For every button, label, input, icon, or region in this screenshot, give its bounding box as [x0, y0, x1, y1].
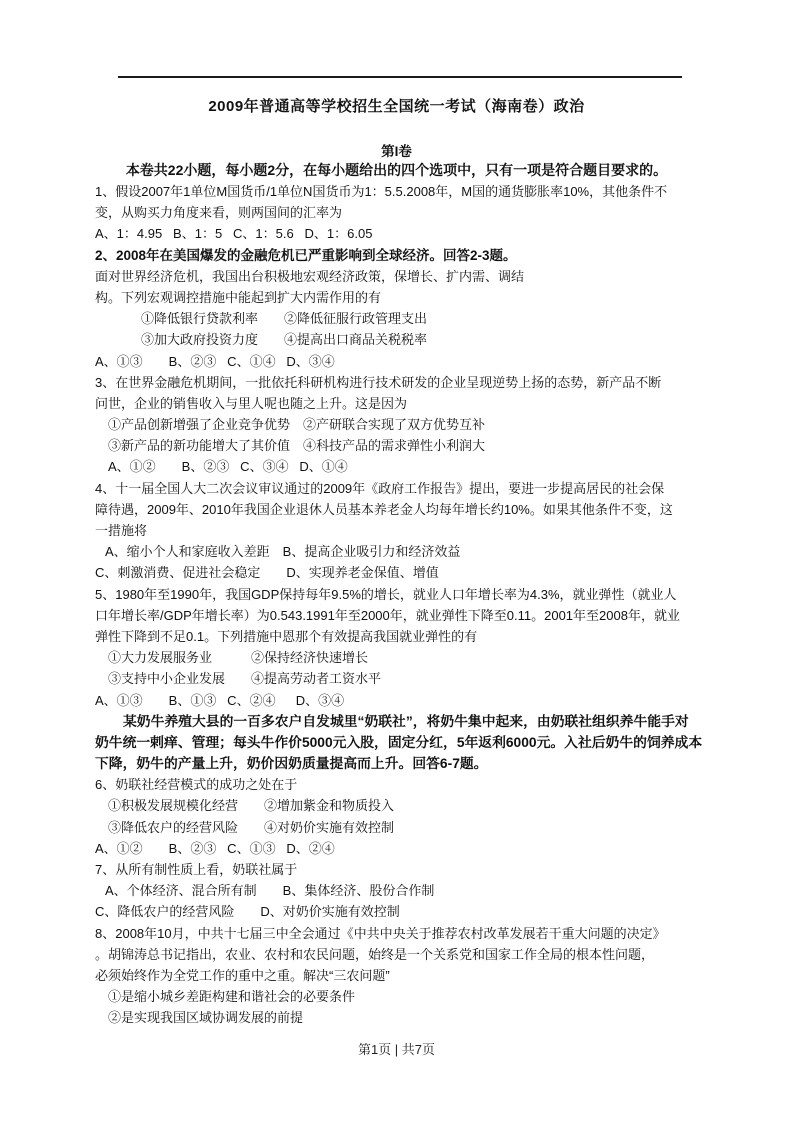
- question-5-subitems-2: ③支持中小企业发展 ④提高劳动者工资水平: [95, 668, 745, 689]
- question-8-subitems-2: ②是实现我国区域协调发展的前提: [95, 1007, 745, 1028]
- question-4-line-2: 障待遇，2009年、2010年我国企业退休人员基本养老金人均每年增长约10%。如…: [95, 499, 745, 520]
- question-8-subitems-1: ①是缩小城乡差距构建和谐社会的必要条件: [95, 986, 745, 1007]
- question-3-line-2: 问世，企业的销售收入与里人呢也随之上升。这是因为: [95, 393, 745, 414]
- question-8-line-2: 。胡锦涛总书记指出，农业、农村和农民问题，始终是一个关系党和国家工作全局的根本性…: [95, 944, 745, 965]
- question-5-options: A、①③ B、①③ C、②④ D、③④: [95, 690, 745, 711]
- question-6-stem: 6、奶联社经营模式的成功之处在于: [95, 774, 745, 795]
- question-6-subitems-2: ③降低农户的经营风险 ④对奶价实施有效控制: [95, 817, 745, 838]
- question-2-lead: 2、2008年在美国爆发的金融危机已严重影响到全球经济。回答2-3题。: [95, 245, 745, 266]
- page-title: 2009年普通高等学校招生全国统一考试（海南卷）政治: [0, 95, 793, 116]
- question-2-subitems-2: ③加大政府投资力度 ④提高出口商品关税税率: [95, 329, 745, 350]
- material-paragraph-line-1: 某奶牛养殖大县的一百多农户自发城里“奶联社”，将奶牛集中起来，由奶联社组织养牛能…: [95, 711, 745, 732]
- exam-body: 1、假设2007年1单位M国货币/1单位N国货币为1：5.5.2008年，M国的…: [95, 181, 745, 1029]
- exam-instructions: 本卷共22小题，每小题2分，在每小题给出的四个选项中，只有一项是符合题目要求的。: [0, 160, 793, 180]
- material-paragraph-line-2: 奶牛统一剌痒、管理；每头牛作价5000元入股，固定分红，5年返利6000元。入社…: [95, 732, 745, 753]
- question-5-subitems-1: ①大力发展服务业 ②保持经济快速增长: [95, 647, 745, 668]
- question-4-options-cd: C、刺激消费、促进社会稳定 D、实现养老金保值、增值: [95, 562, 745, 583]
- question-4-options-ab: A、缩小个人和家庭收入差距 B、提高企业吸引力和经济效益: [95, 541, 745, 562]
- section-header: 第I卷: [0, 140, 793, 160]
- question-6-subitems-1: ①积极发展规模化经营 ②增加紫金和物质投入: [95, 795, 745, 816]
- question-2-options: A、①③ B、②③ C、①④ D、③④: [95, 351, 745, 372]
- exam-document-page: 2009年普通高等学校招生全国统一考试（海南卷）政治 第I卷 本卷共22小题，每…: [0, 0, 793, 1122]
- question-2-subitems-1: ①降低银行贷款利率 ②降低征服行政管理支出: [95, 308, 745, 329]
- material-paragraph-line-3: 下降，奶牛的产量上升，奶价因奶质量提高而上升。回答6-7题。: [95, 753, 745, 774]
- question-3-subitems-1: ①产品创新增强了企业竞争优势 ②产研联合实现了双方优势互补: [95, 414, 745, 435]
- question-3-subitems-2: ③新产品的新功能增大了其价值 ④科技产品的需求弹性小利润大: [95, 435, 745, 456]
- question-1-line-1: 1、假设2007年1单位M国货币/1单位N国货币为1：5.5.2008年，M国的…: [95, 181, 745, 202]
- question-7-options-ab: A、个体经济、混合所有制 B、集体经济、股份合作制: [95, 880, 745, 901]
- question-7-options-cd: C、降低农户的经营风险 D、对奶价实施有效控制: [95, 901, 745, 922]
- question-1-line-2: 变，从购买力角度来看，则两国间的汇率为: [95, 202, 745, 223]
- question-4-line-3: 一措施将: [95, 520, 745, 541]
- question-5-line-3: 弹性下降到不足0.1。下列措施中恩那个有效提高我国就业弹性的有: [95, 626, 745, 647]
- question-2-line-1: 面对世界经济危机，我国出台积极地宏观经济政策，保增长、扩内需、调结: [95, 266, 745, 287]
- question-6-options: A、①② B、②③ C、①③ D、②④: [95, 838, 745, 859]
- question-8-line-1: 8、2008年10月，中共十七届三中全会通过《中共中央关于推荐农村改革发展若干重…: [95, 923, 745, 944]
- header-rule-line: [118, 76, 682, 78]
- question-4-line-1: 4、十一届全国人大二次会议审议通过的2009年《政府工作报告》提出，要进一步提高…: [95, 478, 745, 499]
- question-5-line-1: 5、1980年至1990年，我国GDP保持每年9.5%的增长，就业人口年增长率为…: [95, 584, 745, 605]
- question-1-options: A、1：4.95 B、1：5 C、1：5.6 D、1：6.05: [95, 223, 745, 244]
- question-3-line-1: 3、在世界金融危机期间，一批依托科研机构进行技术研发的企业呈现逆势上扬的态势，新…: [95, 372, 745, 393]
- question-8-line-3: 必须始终作为全党工作的重中之重。解决“三农问题”: [95, 965, 745, 986]
- question-7-stem: 7、从所有制性质上看，奶联社属于: [95, 859, 745, 880]
- page-number-footer: 第1页 | 共7页: [0, 1039, 793, 1058]
- question-2-line-2: 构。下列宏观调控措施中能起到扩大内需作用的有: [95, 287, 745, 308]
- question-3-options: A、①② B、②③ C、③④ D、①④: [95, 456, 745, 477]
- question-5-line-2: 口年增长率/GDP年增长率）为0.543.1991年至2000年，就业弹性下降至…: [95, 605, 745, 626]
